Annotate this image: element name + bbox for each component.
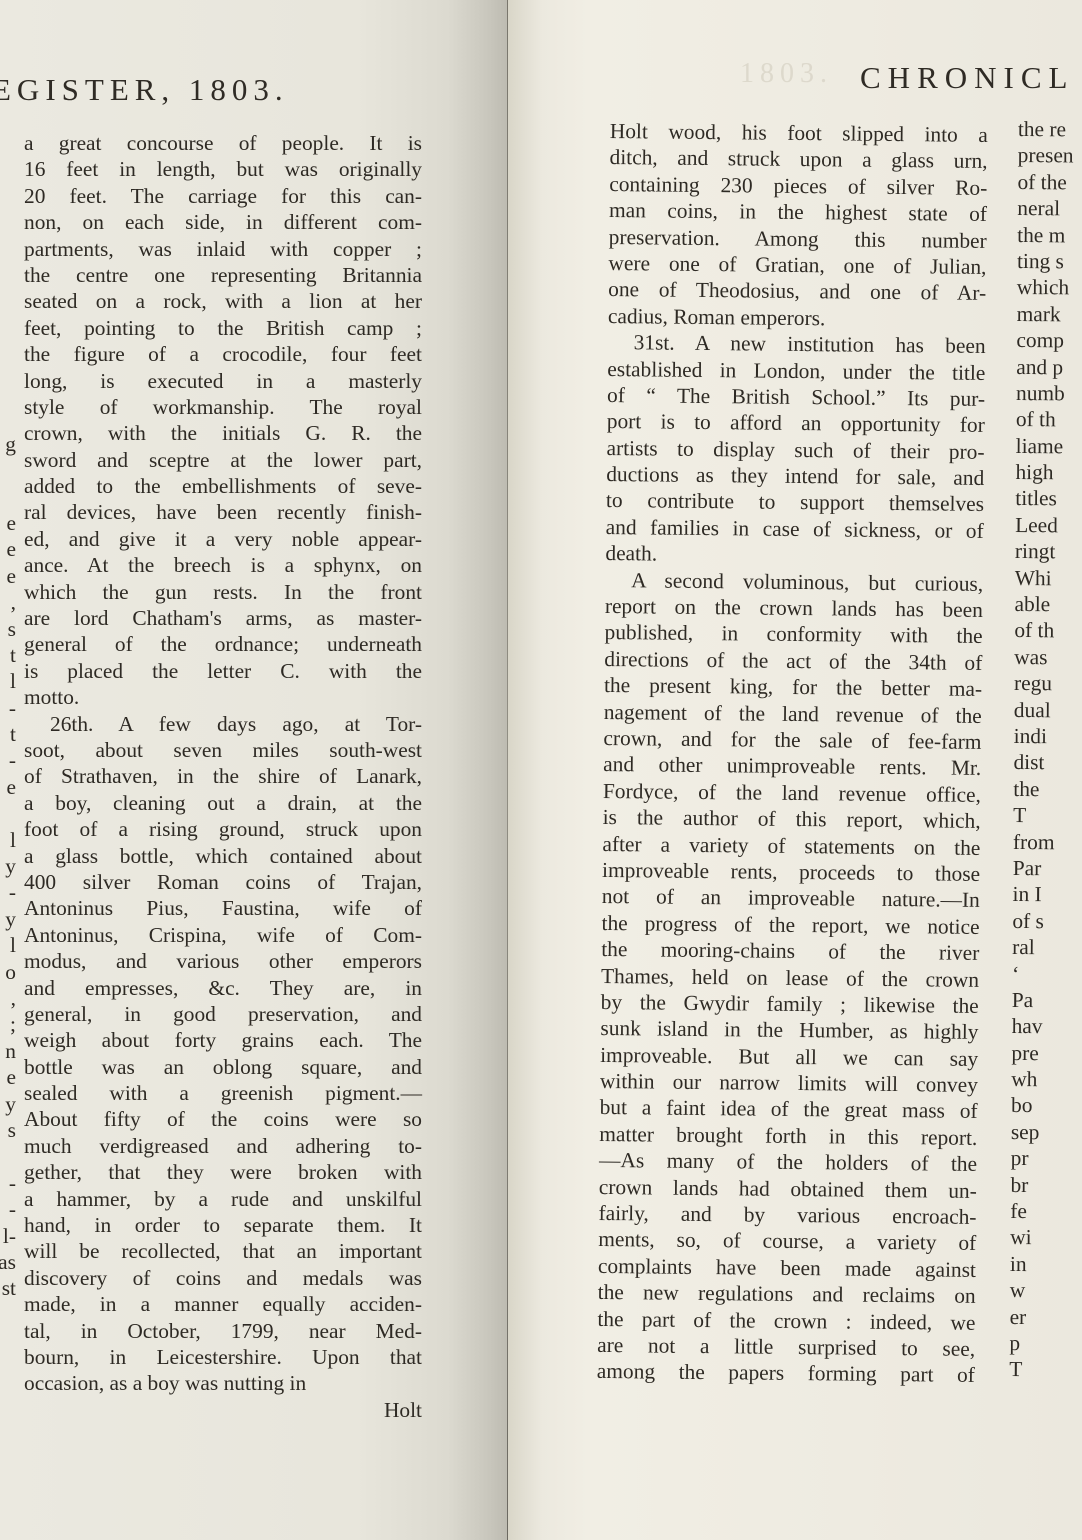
- text-line: 31st. A new institution has been: [608, 329, 986, 359]
- edge-fragment: y: [0, 906, 16, 932]
- column-fragment: presen: [1018, 142, 1082, 169]
- text-line: death.: [605, 540, 983, 570]
- text-line: added to the embellishments of seve-: [24, 473, 422, 499]
- text-line: the mooring-chains of the river: [601, 936, 979, 966]
- text-line: About fifty of the coins were so: [24, 1106, 422, 1132]
- column-fragment: neral: [1017, 195, 1082, 222]
- text-line: a boy, cleaning out a drain, at the: [24, 790, 422, 816]
- column-fragment: the m: [1017, 222, 1082, 249]
- column-fragment: ting s: [1017, 248, 1082, 275]
- edge-fragment: l: [0, 932, 16, 958]
- text-line: which the gun rests. In the front: [24, 579, 422, 605]
- text-line: ance. At the breech is a sphynx, on: [24, 552, 422, 578]
- text-line: fairly, and by various encroach-: [598, 1200, 976, 1230]
- text-line: Fordyce, of the land revenue office,: [603, 778, 981, 808]
- text-line: partments, was inlaid with copper ;: [24, 236, 422, 262]
- column-fragment: wi: [1010, 1224, 1082, 1251]
- text-line: one of Theodosius, and one of Ar-: [608, 276, 986, 306]
- edge-fragment: ,: [0, 589, 16, 615]
- column-fragment: of th: [1014, 617, 1082, 644]
- edge-fragment: y: [0, 853, 16, 879]
- text-line: non, on each side, in different com-: [24, 209, 422, 235]
- text-line: Antoninus, Crispina, wife of Com-: [24, 922, 422, 948]
- edge-fragment: [0, 1143, 16, 1169]
- text-line: style of workmanship. The royal: [24, 394, 422, 420]
- column-fragment: liame: [1016, 433, 1082, 460]
- text-line: bourn, in Leicestershire. Upon that: [24, 1344, 422, 1370]
- text-line: not of an improveable nature.—In: [602, 883, 980, 913]
- edge-fragment: -: [0, 879, 16, 905]
- text-line: of “ The British School.” Its pur-: [607, 382, 985, 412]
- text-line: tal, in October, 1799, near Med-: [24, 1318, 422, 1344]
- column-fragment: T: [1013, 802, 1082, 829]
- text-line: sealed with a greenish pigment.—: [24, 1080, 422, 1106]
- column-fragment: Par: [1013, 855, 1082, 882]
- edge-fragment: e: [0, 1064, 16, 1090]
- edge-fragment: l-: [0, 1223, 16, 1249]
- edge-fragment: l: [0, 668, 16, 694]
- right-running-head: CHRONICL: [860, 60, 1074, 96]
- text-line: motto.: [24, 684, 422, 710]
- text-line: and empresses, &c. They are, in: [24, 975, 422, 1001]
- column-fragment: w: [1010, 1277, 1082, 1304]
- text-line: discovery of coins and medals was: [24, 1265, 422, 1291]
- edge-fragment: e: [0, 774, 16, 800]
- edge-fragment: [0, 457, 16, 483]
- text-line: among the papers forming part of: [597, 1358, 975, 1388]
- left-running-head: EGISTER, 1803.: [0, 72, 289, 108]
- text-line: a hammer, by a rude and unskilful: [24, 1186, 422, 1212]
- edge-fragment: e: [0, 510, 16, 536]
- column-fragment: able: [1014, 591, 1082, 618]
- column-fragment: pre: [1011, 1040, 1082, 1067]
- text-line: by the Gwydir family ; likewise the: [601, 989, 979, 1019]
- column-fragment: indi: [1014, 723, 1082, 750]
- text-line: established in London, under the title: [607, 356, 985, 386]
- text-line: a glass bottle, which contained about: [24, 843, 422, 869]
- text-line: are not a little surprised to see,: [597, 1332, 975, 1362]
- text-line: general of the ordnance; underneath: [24, 631, 422, 657]
- edge-fragment: g: [0, 431, 16, 457]
- text-line: the new regulations and reclaims on: [598, 1279, 976, 1309]
- edge-fragment: -: [0, 747, 16, 773]
- column-fragment: Whi: [1015, 565, 1082, 592]
- text-line: report on the crown lands has been: [605, 593, 983, 623]
- text-line: matter brought forth in this report.: [599, 1121, 977, 1151]
- edge-fragment: [0, 800, 16, 826]
- text-line: general, in good preservation, and: [24, 1001, 422, 1027]
- edge-fragment: as: [0, 1249, 16, 1275]
- text-line: improveable. But all we can say: [600, 1042, 978, 1072]
- text-line: ductions as they intend for sale, and: [606, 461, 984, 491]
- column-fragment: the: [1013, 776, 1082, 803]
- text-line: is the author of this report, which,: [603, 804, 981, 834]
- text-line: 400 silver Roman coins of Trajan,: [24, 869, 422, 895]
- text-line: sword and sceptre at the lower part,: [24, 447, 422, 473]
- text-line: are lord Chatham's arms, as master-: [24, 605, 422, 631]
- text-line: within our narrow limits will convey: [600, 1068, 978, 1098]
- text-line: Thames, held on lease of the crown: [601, 962, 979, 992]
- text-line: the progress of the report, we notice: [601, 910, 979, 940]
- text-line: made, in a manner equally acciden-: [24, 1291, 422, 1317]
- text-line: is placed the letter C. with the: [24, 658, 422, 684]
- text-line: will be recollected, that an important: [24, 1238, 422, 1264]
- edge-fragment: [0, 404, 16, 430]
- text-line: nagement of the land revenue of the: [604, 699, 982, 729]
- edge-fragment: o: [0, 959, 16, 985]
- text-line: A second voluminous, but curious,: [605, 567, 983, 597]
- column-fragment: hav: [1012, 1013, 1082, 1040]
- edge-fragment: l: [0, 827, 16, 853]
- text-line: crown, and for the sale of fee-farm: [603, 725, 981, 755]
- left-page-edge-fragments: geee,stl-t-ely-ylo,;neys--l-asst: [0, 378, 16, 1302]
- column-fragment: numb: [1016, 380, 1082, 407]
- column-fragment: of the: [1017, 169, 1082, 196]
- text-line: man coins, in the highest state of: [609, 197, 987, 227]
- column-fragment: fe: [1010, 1198, 1082, 1225]
- text-line: preservation. Among this number: [609, 224, 987, 254]
- text-line: seated on a rock, with a lion at her: [24, 288, 422, 314]
- left-page-text-column: a great concourse of people. It is16 fee…: [24, 130, 422, 1423]
- text-line: 26th. A few days ago, at Tor-: [24, 711, 422, 737]
- text-line: soot, about seven miles south-west: [24, 737, 422, 763]
- text-line: Antoninus Pius, Faustina, wife of: [24, 895, 422, 921]
- text-line: of Strathaven, in the shire of Lanark,: [24, 763, 422, 789]
- edge-fragment: ,: [0, 985, 16, 1011]
- text-line: ed, and give it a very noble appear-: [24, 526, 422, 552]
- text-line: occasion, as a boy was nutting in: [24, 1370, 422, 1396]
- edge-fragment: e: [0, 563, 16, 589]
- text-line: gether, that they were broken with: [24, 1159, 422, 1185]
- edge-fragment: [0, 484, 16, 510]
- text-line: improveable rents, proceeds to those: [602, 857, 980, 887]
- edge-fragment: st: [0, 1275, 16, 1301]
- edge-fragment: -: [0, 695, 16, 721]
- column-fragment: p: [1009, 1330, 1082, 1357]
- column-fragment: was: [1014, 644, 1082, 671]
- text-line: —As many of the holders of the: [599, 1147, 977, 1177]
- text-line: crown lands had obtained them un-: [599, 1174, 977, 1204]
- text-line: published, in conformity with the: [604, 619, 982, 649]
- text-line: 16 feet in length, but was originally: [24, 156, 422, 182]
- text-line: crown, with the initials G. R. the: [24, 420, 422, 446]
- text-line: artists to display such of their pro-: [606, 435, 984, 465]
- text-line: after a variety of statements on the: [602, 831, 980, 861]
- edge-fragment: ;: [0, 1011, 16, 1037]
- column-fragment: bo: [1011, 1092, 1082, 1119]
- column-fragment: ‘: [1012, 960, 1082, 987]
- column-fragment: the re: [1018, 116, 1082, 143]
- text-line: cadius, Roman emperors.: [608, 303, 986, 333]
- text-line: ditch, and struck upon a glass urn,: [609, 144, 987, 174]
- right-page-text-column: Holt wood, his foot slipped into aditch,…: [597, 118, 988, 1389]
- column-fragment: titles: [1015, 485, 1082, 512]
- column-fragment: in I: [1012, 881, 1082, 908]
- column-fragment: Pa: [1012, 987, 1082, 1014]
- text-line: a great concourse of people. It is: [24, 130, 422, 156]
- show-through-running-head: 1803.: [740, 58, 833, 90]
- text-line: port is to afford an opportunity for: [607, 408, 985, 438]
- edge-fragment: n: [0, 1038, 16, 1064]
- edge-fragment: t: [0, 642, 16, 668]
- edge-fragment: -: [0, 1170, 16, 1196]
- text-line: to contribute to support themselves: [606, 487, 984, 517]
- edge-fragment: e: [0, 536, 16, 562]
- column-fragment: ral: [1012, 934, 1082, 961]
- text-line: feet, pointing to the British camp ;: [24, 315, 422, 341]
- edge-fragment: s: [0, 1117, 16, 1143]
- text-line: the figure of a crocodile, four feet: [24, 341, 422, 367]
- column-fragment: mark: [1017, 301, 1082, 328]
- text-line: the present king, for the better ma-: [604, 672, 982, 702]
- text-line: and other unimproveable rents. Mr.: [603, 751, 981, 781]
- column-fragment: comp: [1016, 327, 1082, 354]
- column-fragment: ringt: [1015, 538, 1082, 565]
- column-fragment: regu: [1014, 670, 1082, 697]
- text-line: directions of the act of the 34th of: [604, 646, 982, 676]
- text-line: ments, so, of course, a variety of: [598, 1226, 976, 1256]
- text-line: 20 feet. The carriage for this can-: [24, 183, 422, 209]
- text-line: long, is executed in a masterly: [24, 368, 422, 394]
- column-fragment: dist: [1013, 749, 1082, 776]
- column-fragment: high: [1015, 459, 1082, 486]
- text-line: and families in case of sickness, or of: [606, 514, 984, 544]
- text-line: containing 230 pieces of silver Ro-: [609, 171, 987, 201]
- text-line: modus, and various other emperors: [24, 948, 422, 974]
- edge-fragment: [0, 378, 16, 404]
- edge-fragment: s: [0, 616, 16, 642]
- text-line: weigh about forty grains each. The: [24, 1027, 422, 1053]
- edge-fragment: -: [0, 1196, 16, 1222]
- text-line: ral devices, have been recently finish-: [24, 499, 422, 525]
- text-line: much verdigreased and adhering to-: [24, 1133, 422, 1159]
- text-line: were one of Gratian, one of Julian,: [608, 250, 986, 280]
- column-fragment: T: [1009, 1356, 1082, 1383]
- left-page: EGISTER, 1803. geee,stl-t-ely-ylo,;neys-…: [0, 0, 508, 1540]
- column-fragment: sep: [1011, 1119, 1082, 1146]
- right-page-next-column-fragments: the represenof theneralthe mting swhichm…: [1009, 116, 1082, 1383]
- column-fragment: br: [1010, 1172, 1082, 1199]
- column-fragment: Leed: [1015, 512, 1082, 539]
- column-fragment: er: [1010, 1304, 1082, 1331]
- text-line: sunk island in the Humber, as highly: [600, 1015, 978, 1045]
- column-fragment: of s: [1012, 908, 1082, 935]
- column-fragment: wh: [1011, 1066, 1082, 1093]
- text-line: the part of the crown : indeed, we: [597, 1306, 975, 1336]
- column-fragment: from: [1013, 829, 1082, 856]
- text-line: Holt wood, his foot slipped into a: [610, 118, 988, 148]
- column-fragment: of th: [1016, 406, 1082, 433]
- column-fragment: and p: [1016, 354, 1082, 381]
- text-line: complaints have been made against: [598, 1253, 976, 1283]
- column-fragment: pr: [1011, 1145, 1082, 1172]
- text-line: bottle was an oblong square, and: [24, 1054, 422, 1080]
- text-line: hand, in order to separate them. It: [24, 1212, 422, 1238]
- text-line: the centre one representing Britannia: [24, 262, 422, 288]
- text-line: but a faint idea of the great mass of: [599, 1094, 977, 1124]
- edge-fragment: y: [0, 1091, 16, 1117]
- edge-fragment: t: [0, 721, 16, 747]
- column-fragment: dual: [1014, 697, 1082, 724]
- text-line: foot of a rising ground, struck upon: [24, 816, 422, 842]
- catchword: Holt: [24, 1397, 422, 1423]
- column-fragment: which: [1017, 274, 1082, 301]
- column-fragment: in: [1010, 1251, 1082, 1278]
